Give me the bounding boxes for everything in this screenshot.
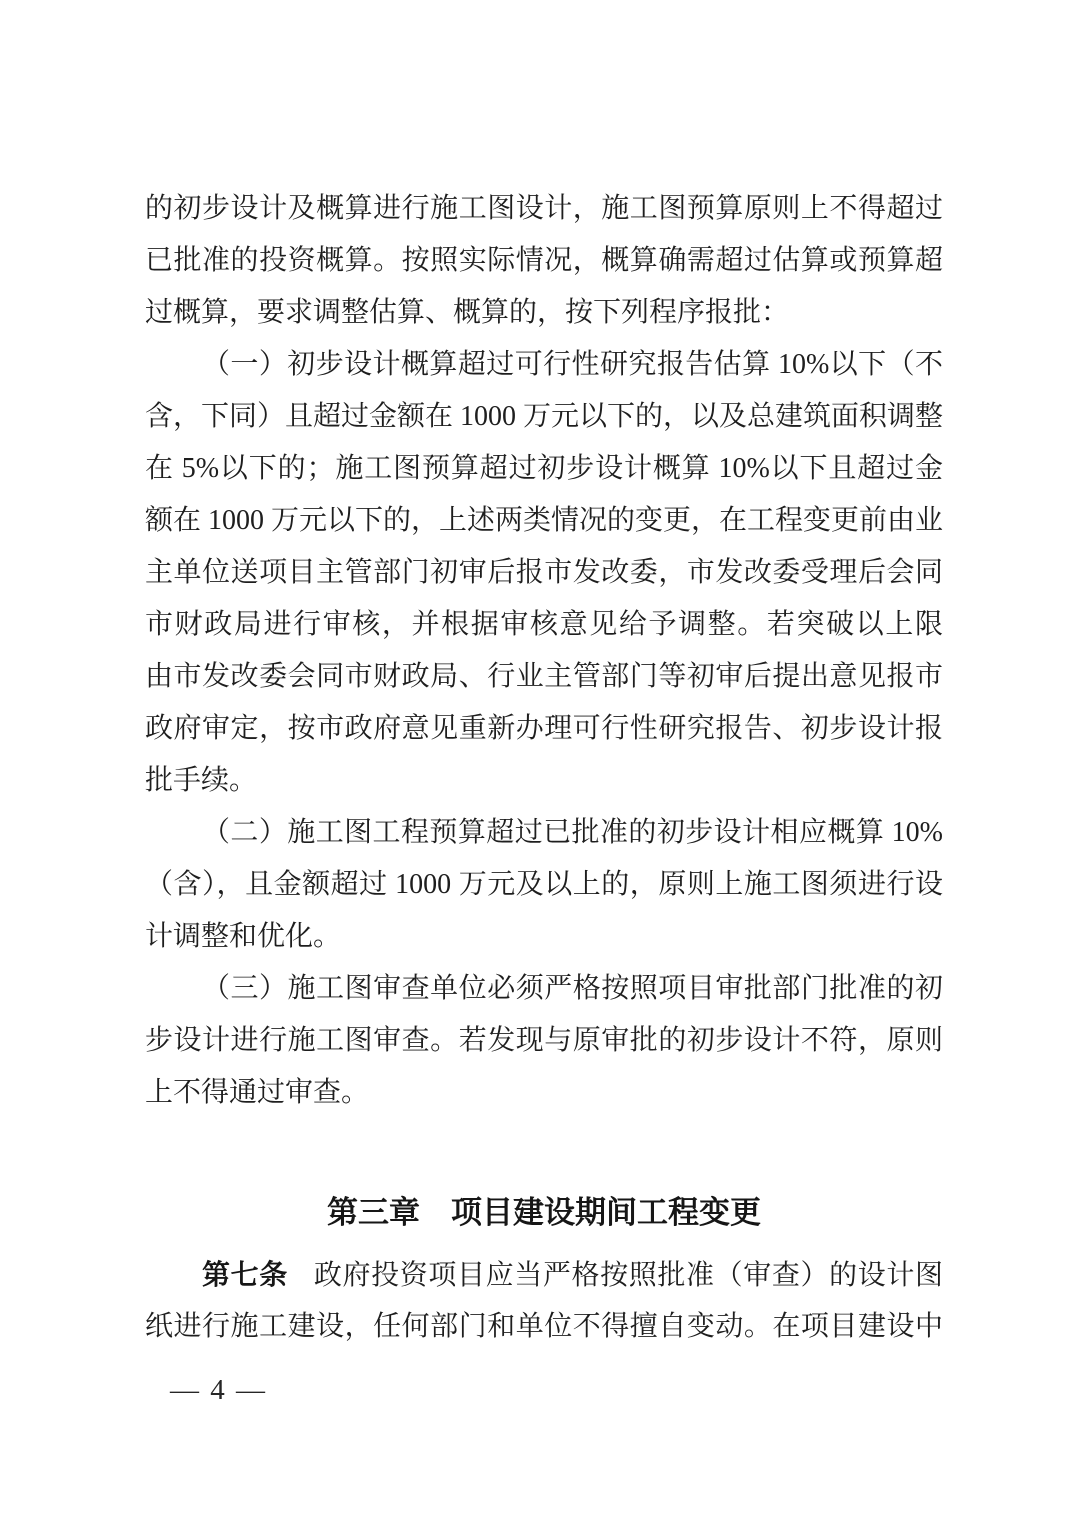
document-line: 的初步设计及概算进行施工图设计，施工图预算原则上不得超过 [145,183,943,235]
document-text-block: 的初步设计及概算进行施工图设计，施工图预算原则上不得超过 已批准的投资概算。按照… [145,183,943,1353]
article-number-label: 第七条 [202,1259,288,1290]
document-line: 在 5%以下的；施工图预算超过初步设计概算 10%以下且超过金 [145,443,943,495]
document-line: （含），且金额超过 1000 万元及以上的，原则上施工图须进行设 [145,859,943,911]
document-line: 批手续。 [145,755,943,807]
document-line: 过概算，要求调整估算、概算的，按下列程序报批： [145,287,943,339]
document-line: 含，下同）且超过金额在 1000 万元以下的，以及总建筑面积调整 [145,391,943,443]
document-line: （三）施工图审查单位必须严格按照项目审批部门批准的初 [145,963,943,1015]
document-line: （二）施工图工程预算超过已批准的初步设计相应概算 10% [145,807,943,859]
document-line: 由市发改委会同市财政局、行业主管部门等初审后提出意见报市 [145,651,943,703]
document-line: 市财政局进行审核，并根据审核意见给予调整。若突破以上限额， [145,599,943,651]
article-text: 政府投资项目应当严格按照批准（审查）的设计图 [314,1260,943,1291]
document-line: 步设计进行施工图审查。若发现与原审批的初步设计不符，原则 [145,1015,943,1067]
document-line: 主单位送项目主管部门初审后报市发改委，市发改委受理后会同 [145,547,943,599]
document-line: 上不得通过审查。 [145,1067,943,1119]
document-line: 已批准的投资概算。按照实际情况，概算确需超过估算或预算超 [145,235,943,287]
document-line: （一）初步设计概算超过可行性研究报告估算 10%以下（不 [145,339,943,391]
chapter-heading: 第三章 项目建设期间工程变更 [145,1187,943,1239]
document-line: 政府审定，按市政府意见重新办理可行性研究报告、初步设计报 [145,703,943,755]
document-page: 的初步设计及概算进行施工图设计，施工图预算原则上不得超过 已批准的投资概算。按照… [0,0,1080,1527]
page-number: — 4 — [170,1364,267,1416]
article-first-line: 第七条政府投资项目应当严格按照批准（审查）的设计图 [145,1249,943,1301]
document-line: 计调整和优化。 [145,911,943,963]
document-line: 额在 1000 万元以下的，上述两类情况的变更，在工程变更前由业 [145,495,943,547]
document-line: 纸进行施工建设，任何部门和单位不得擅自变动。在项目建设中 [145,1301,943,1353]
